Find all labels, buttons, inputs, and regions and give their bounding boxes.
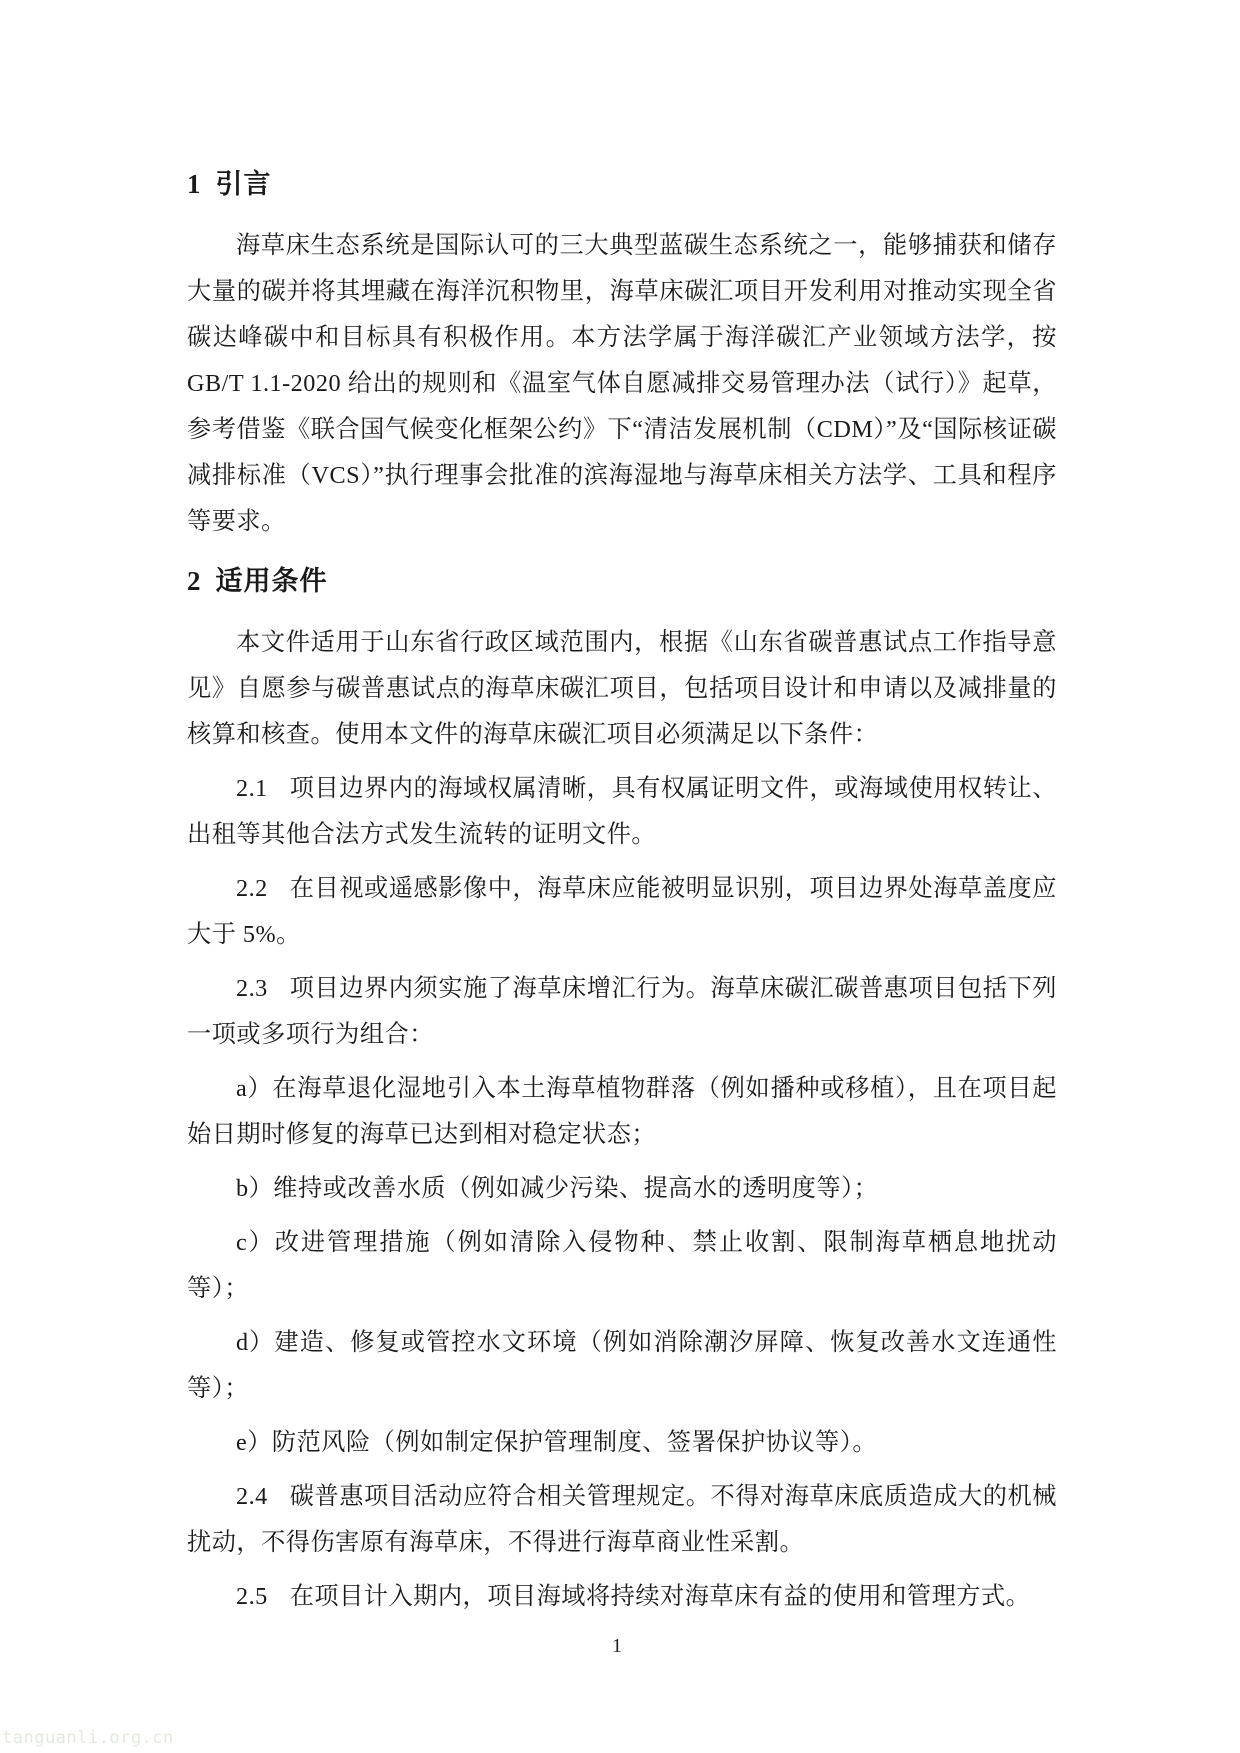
clause-2-1: 2.1项目边界内的海域权属清晰，具有权属证明文件，或海域使用权转让、出租等其他合…	[187, 766, 1057, 858]
clause-2-2: 2.2在目视或遥感影像中，海草床应能被明显识别，项目边界处海草盖度应大于 5%。	[187, 866, 1057, 958]
clause-text: 在目视或遥感影像中，海草床应能被明显识别，项目边界处海草盖度应大于 5%。	[187, 875, 1057, 948]
list-item-a: a）在海草退化湿地引入本土海草植物群落（例如播种或移植），且在项目起始日期时修复…	[187, 1066, 1057, 1158]
list-item-c: c）改进管理措施（例如清除入侵物种、禁止收割、限制海草栖息地扰动等）；	[187, 1220, 1057, 1312]
list-item-d: d）建造、修复或管控水文环境（例如消除潮汐屏障、恢复改善水文连通性等）；	[187, 1320, 1057, 1412]
intro-paragraph: 海草床生态系统是国际认可的三大典型蓝碳生态系统之一，能够捕获和储存大量的碳并将其…	[187, 223, 1057, 545]
clause-text: 在项目计入期内，项目海域将持续对海草床有益的使用和管理方式。	[290, 1583, 1031, 1610]
section-2-heading: 2适用条件	[187, 555, 1057, 608]
scope-paragraph: 本文件适用于山东省行政区域范围内，根据《山东省碳普惠试点工作指导意见》自愿参与碳…	[187, 620, 1057, 758]
clause-number: 2.3	[236, 975, 268, 1002]
page-number: 1	[612, 1635, 622, 1658]
clause-2-5: 2.5在项目计入期内，项目海域将持续对海草床有益的使用和管理方式。	[187, 1574, 1057, 1620]
clause-number: 2.5	[236, 1583, 268, 1610]
clause-2-3: 2.3项目边界内须实施了海草床增汇行为。海草床碳汇碳普惠项目包括下列一项或多项行…	[187, 966, 1057, 1058]
page-content: 1引言 海草床生态系统是国际认可的三大典型蓝碳生态系统之一，能够捕获和储存大量的…	[187, 158, 1057, 1620]
clause-number: 2.1	[236, 775, 268, 802]
document-page: 1引言 海草床生态系统是国际认可的三大典型蓝碳生态系统之一，能够捕获和储存大量的…	[0, 0, 1240, 1753]
clause-number: 2.4	[236, 1483, 268, 1510]
section-number: 1	[187, 169, 202, 199]
clause-2-4: 2.4碳普惠项目活动应符合相关管理规定。不得对海草床底质造成大的机械扰动，不得伤…	[187, 1474, 1057, 1566]
clause-number: 2.2	[236, 875, 268, 902]
clause-text: 项目边界内的海域权属清晰，具有权属证明文件，或海域使用权转让、出租等其他合法方式…	[187, 775, 1057, 848]
clause-text: 碳普惠项目活动应符合相关管理规定。不得对海草床底质造成大的机械扰动，不得伤害原有…	[187, 1483, 1057, 1556]
list-item-b: b）维持或改善水质（例如减少污染、提高水的透明度等）；	[187, 1166, 1057, 1212]
section-number: 2	[187, 566, 202, 596]
section-title: 适用条件	[216, 566, 328, 597]
watermark: tanguanli.org.cn	[2, 1728, 174, 1748]
section-title: 引言	[216, 169, 272, 200]
clause-text: 项目边界内须实施了海草床增汇行为。海草床碳汇碳普惠项目包括下列一项或多项行为组合…	[187, 975, 1057, 1048]
list-item-e: e）防范风险（例如制定保护管理制度、签署保护协议等）。	[187, 1420, 1057, 1466]
section-1-heading: 1引言	[187, 158, 1057, 211]
